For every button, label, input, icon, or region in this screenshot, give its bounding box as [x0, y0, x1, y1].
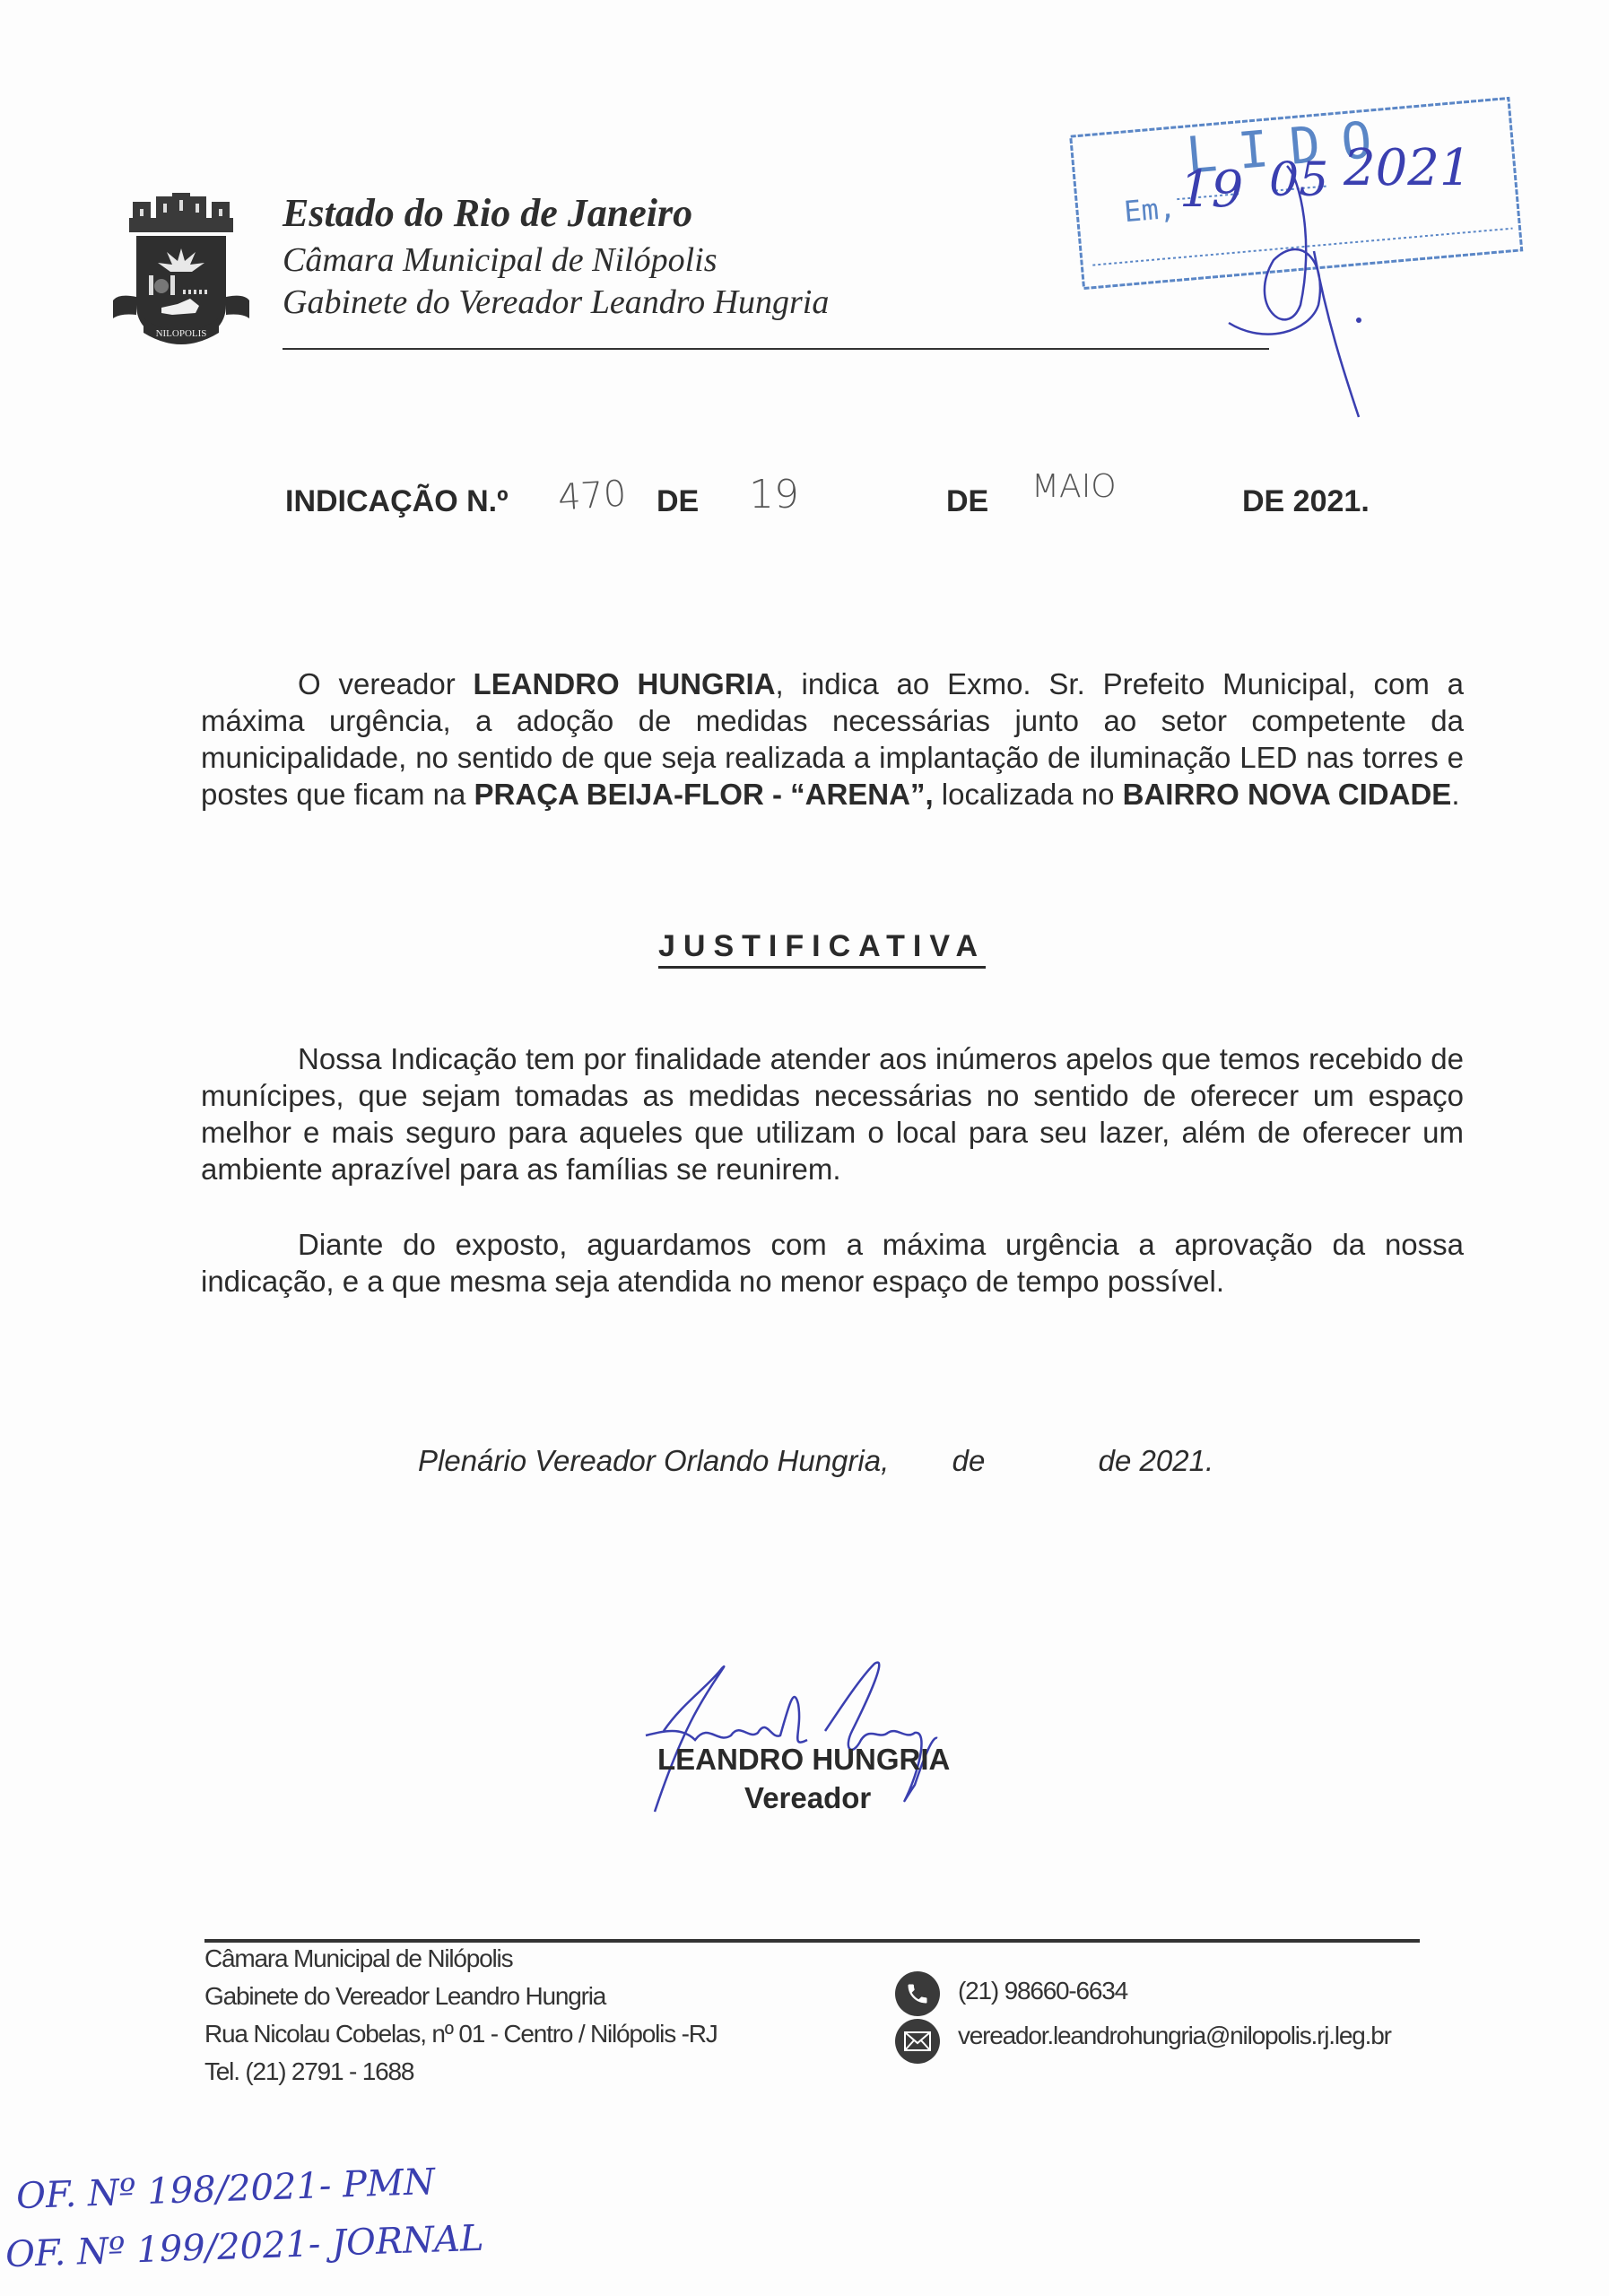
- svg-text:19: 19: [1179, 161, 1243, 219]
- envelope-icon: [895, 2019, 940, 2064]
- title-de-1: DE: [657, 484, 699, 519]
- title-de-2: DE: [946, 484, 988, 519]
- svg-text:05: 05: [1269, 153, 1328, 207]
- svg-text:2021: 2021: [1343, 139, 1472, 197]
- footer-divider: [204, 1939, 1420, 1943]
- handwritten-note-1: OF. Nº 198/2021- PMN: [15, 2161, 435, 2217]
- signatory-role: Vereador: [744, 1781, 871, 1815]
- indication-number: 470: [556, 473, 627, 518]
- footer-telephone: Tel. (21) 2791 - 1688: [204, 2057, 413, 2086]
- footer-office: Gabinete do Vereador Leandro Hungria: [204, 1982, 605, 2011]
- svg-text:NILOPOLIS: NILOPOLIS: [156, 328, 207, 339]
- letterhead-office: Gabinete do Vereador Leandro Hungria: [283, 283, 829, 322]
- handwritten-note-2: OF. Nº 199/2021- JORNAL: [4, 2218, 484, 2276]
- footer-chamber: Câmara Municipal de Nilópolis: [204, 1944, 512, 1973]
- footer-whatsapp-number[interactable]: (21) 98660-6634: [958, 1977, 1127, 2005]
- justification-paragraph-2: Diante do exposto, aguardamos com a máxi…: [201, 1226, 1464, 1300]
- closing-place: Plenário Vereador Orlando Hungria,: [418, 1444, 889, 1477]
- whatsapp-phone-icon: [895, 1971, 940, 2016]
- closing-de: de: [952, 1444, 986, 1477]
- received-stamp: LIDO Em, 19 05 2021: [1058, 36, 1543, 448]
- indication-day: 19: [749, 472, 799, 517]
- letterhead-chamber: Câmara Municipal de Nilópolis: [283, 240, 718, 280]
- closing-line: Plenário Vereador Orlando Hungria, de de…: [418, 1444, 1213, 1478]
- intro-paragraph: O vereador LEANDRO HUNGRIA, indica ao Ex…: [201, 665, 1464, 813]
- justification-heading: JUSTIFICATIVA: [658, 929, 986, 969]
- indication-label: INDICAÇÃO N.º: [285, 484, 509, 519]
- closing-year: de 2021.: [1099, 1444, 1213, 1477]
- signatory-name: LEANDRO HUNGRIA: [657, 1743, 950, 1777]
- justification-paragraph-1: Nossa Indicação tem por finalidade atend…: [201, 1040, 1464, 1187]
- footer-email-link[interactable]: vereador.leandrohungria@nilopolis.rj.leg…: [958, 2022, 1391, 2050]
- indication-year: DE 2021.: [1242, 484, 1370, 519]
- svg-text:Em,: Em,: [1123, 190, 1178, 229]
- footer-address: Rua Nicolau Cobelas, nº 01 - Centro / Ni…: [204, 2020, 718, 2048]
- indication-month: MAIO: [1031, 468, 1117, 505]
- letterhead-state: Estado do Rio de Janeiro: [283, 190, 692, 236]
- municipal-crest-icon: NILOPOLIS: [109, 193, 253, 350]
